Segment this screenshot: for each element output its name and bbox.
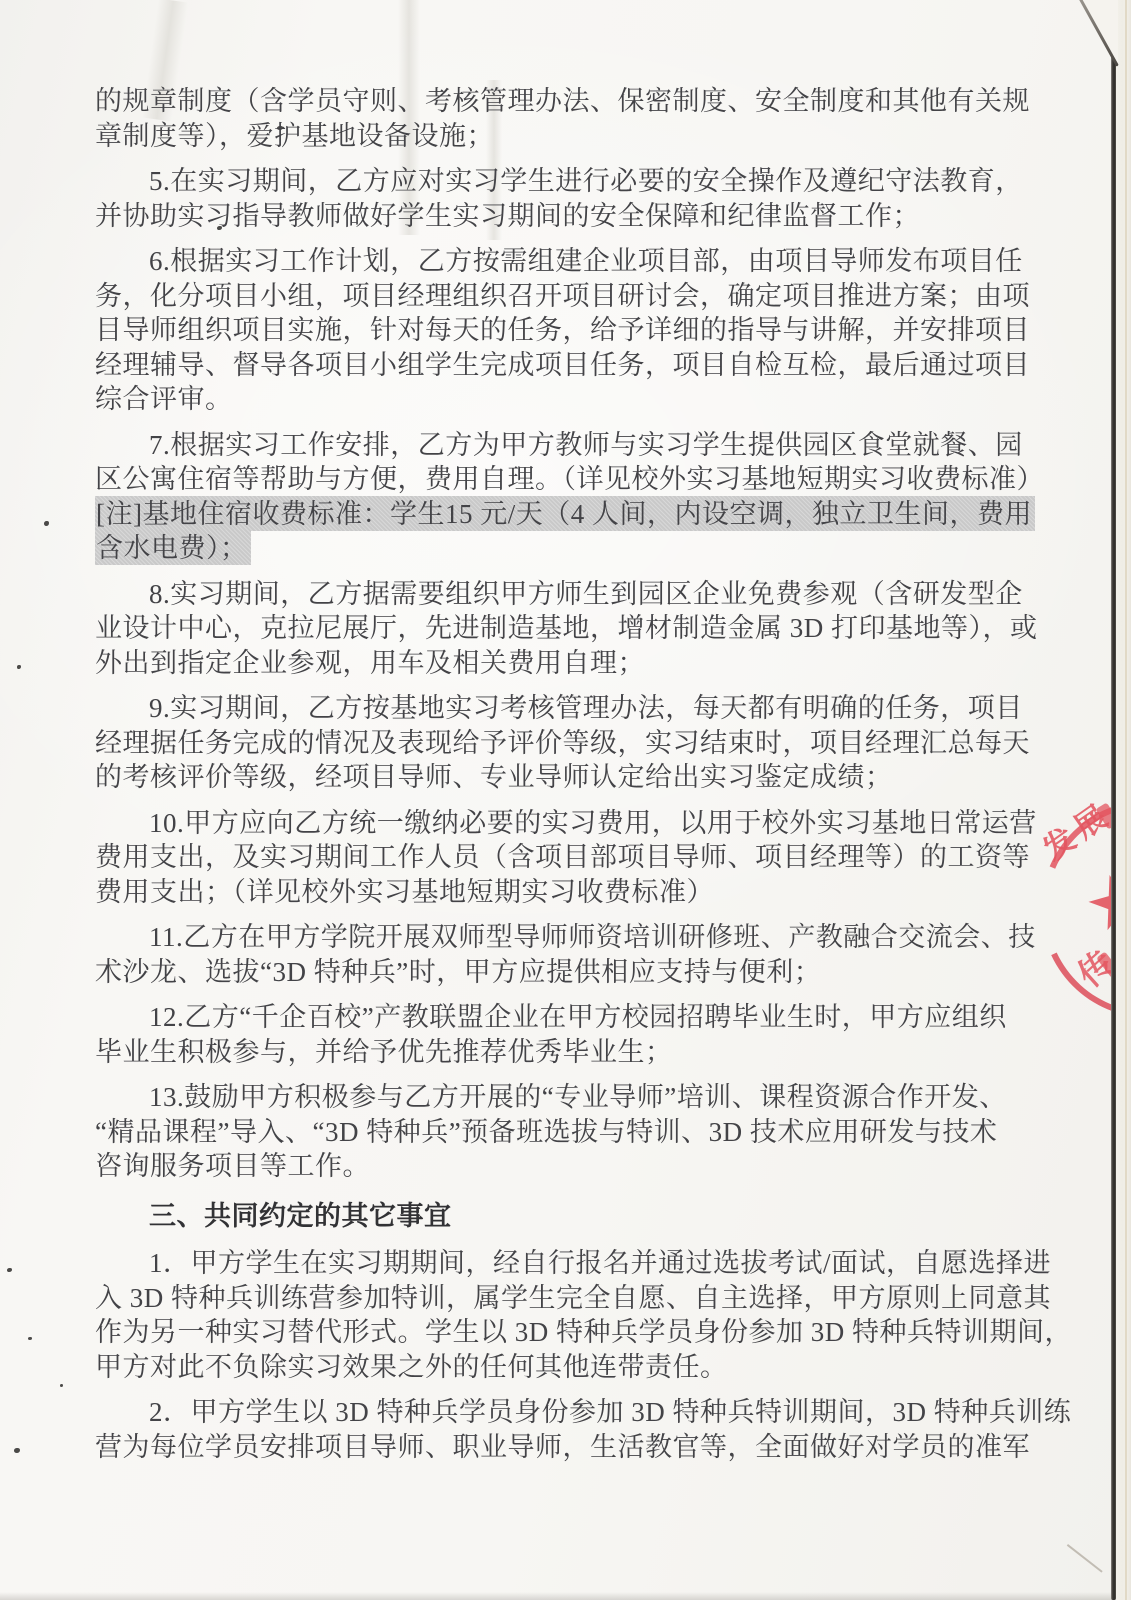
scan-speck <box>14 1448 20 1453</box>
text-line: 并协助实习指导教师做好学生实习期间的安全保障和纪律监督工作； <box>95 199 1007 234</box>
text-line: 外出到指定企业参观，用车及相关费用自理； <box>95 646 1007 681</box>
paragraph: 12.乙方“千企百校”产教联盟企业在甲方校园招聘毕业生时，甲方应组织毕业生积极参… <box>95 1000 1007 1069</box>
text-line: 术沙龙、选拔“3D 特种兵”时，甲方应提供相应支持与便利； <box>95 955 1007 990</box>
text-line: 目导师组织项目实施，针对每天的任务，给予详细的指导与讲解，并安排项目 <box>95 313 1007 348</box>
paragraph: 5.在实习期间，乙方应对实习学生进行必要的安全操作及遵纪守法教育，并协助实习指导… <box>95 164 1007 233</box>
scan-shadow <box>0 1592 1116 1600</box>
text-line: 咨询服务项目等工作。 <box>95 1149 1007 1184</box>
text-line: 营为每位学员安排项目导师、职业导师，生活教官等，全面做好对学员的准军 <box>95 1430 1007 1465</box>
scan-speck <box>7 1268 12 1272</box>
red-stamp: 发展 ★ 传 <box>1041 796 1116 1026</box>
text-line: 经理据任务完成的情况及表现给予评价等级，实习结束时，项目经理汇总每天 <box>95 726 1007 761</box>
text-line: 7.根据实习工作安排，乙方为甲方教师与实习学生提供园区食堂就餐、园 <box>95 428 1007 463</box>
section-heading: 三、共同约定的其它事宜 <box>95 1199 1007 1234</box>
text-line: 甲方对此不负除实习效果之外的任何其他连带责任。 <box>95 1350 1007 1385</box>
document-body: 的规章制度（含学员守则、考核管理办法、保密制度、安全制度和其他有关规章制度等），… <box>95 84 1007 1475</box>
sheet-edge-line <box>1111 56 1116 1600</box>
paragraph: 13.鼓励甲方积极参与乙方开展的“专业导师”培训、课程资源合作开发、“精品课程”… <box>95 1080 1007 1184</box>
text-line: [注]基地住宿收费标准：学生15 元/天（4 人间，内设空调，独立卫生间，费用 <box>95 497 1007 532</box>
text-line: 8.实习期间，乙方据需要组织甲方师生到园区企业免费参观（含研发型企 <box>95 577 1007 612</box>
text-line: 6.根据实习工作计划，乙方按需组建企业项目部，由项目导师发布项目任 <box>95 244 1007 279</box>
scan-speck <box>44 521 49 526</box>
scanned-document-page: 的规章制度（含学员守则、考核管理办法、保密制度、安全制度和其他有关规章制度等），… <box>0 0 1131 1600</box>
highlighted-text: 含水电费）； <box>95 530 251 565</box>
highlighted-text: [注]基地住宿收费标准：学生15 元/天（4 人间，内设空调，独立卫生间，费用 <box>95 496 1035 531</box>
text-line: 综合评审。 <box>95 382 1007 417</box>
text-line: 的考核评价等级，经项目导师、专业导师认定给出实习鉴定成绩； <box>95 760 1007 795</box>
paragraph: 6.根据实习工作计划，乙方按需组建企业项目部，由项目导师发布项目任务，化分项目小… <box>95 244 1007 417</box>
text-line: 12.乙方“千企百校”产教联盟企业在甲方校园招聘毕业生时，甲方应组织 <box>95 1000 1007 1035</box>
text-line: 作为另一种实习替代形式。学生以 3D 特种兵学员身份参加 3D 特种兵特训期间， <box>95 1315 1007 1350</box>
paragraph: 的规章制度（含学员守则、考核管理办法、保密制度、安全制度和其他有关规章制度等），… <box>95 84 1007 153</box>
paragraph: 1．甲方学生在实习期期间，经自行报名并通过选拔考试/面试，自愿选择进入 3D 特… <box>95 1246 1007 1384</box>
text-line: 9.实习期间，乙方按基地实习考核管理办法，每天都有明确的任务，项目 <box>95 691 1007 726</box>
text-line: 毕业生积极参与，并给予优先推荐优秀毕业生； <box>95 1035 1007 1070</box>
text-line: 10.甲方应向乙方统一缴纳必要的实习费用，以用于校外实习基地日常运营 <box>95 806 1007 841</box>
text-line: 区公寓住宿等帮助与方便，费用自理。（详见校外实习基地短期实习收费标准） <box>95 462 1007 497</box>
text-line: 务，化分项目小组，项目经理组织召开项目研讨会，确定项目推进方案；由项 <box>95 279 1007 314</box>
scan-speck <box>60 1384 63 1387</box>
paragraph: 11.乙方在甲方学院开展双师型导师师资培训研修班、产教融合交流会、技术沙龙、选拔… <box>95 920 1007 989</box>
text-line: 费用支出；（详见校外实习基地短期实习收费标准） <box>95 875 1007 910</box>
paragraph: 8.实习期间，乙方据需要组织甲方师生到园区企业免费参观（含研发型企业设计中心，克… <box>95 577 1007 681</box>
text-line: 经理辅导、督导各项目小组学生完成项目任务，项目自检互检，最后通过项目 <box>95 348 1007 383</box>
scanner-backing-strip <box>1116 0 1131 1600</box>
text-line: 2．甲方学生以 3D 特种兵学员身份参加 3D 特种兵特训期间，3D 特种兵训练 <box>95 1395 1007 1430</box>
scan-speck <box>28 1337 32 1340</box>
text-line: 三、共同约定的其它事宜 <box>95 1199 1007 1234</box>
text-line: 费用支出，及实习期间工作人员（含项目部项目导师、项目经理等）的工资等 <box>95 840 1007 875</box>
paragraph: 7.根据实习工作安排，乙方为甲方教师与实习学生提供园区食堂就餐、园区公寓住宿等帮… <box>95 428 1007 566</box>
paragraph: 2．甲方学生以 3D 特种兵学员身份参加 3D 特种兵特训期间，3D 特种兵训练… <box>95 1395 1007 1464</box>
text-line: 11.乙方在甲方学院开展双师型导师师资培训研修班、产教融合交流会、技 <box>95 920 1007 955</box>
text-line: 含水电费）； <box>95 531 1007 566</box>
paper-crease <box>1067 1544 1103 1573</box>
paper-sheet: 的规章制度（含学员守则、考核管理办法、保密制度、安全制度和其他有关规章制度等），… <box>0 0 1116 1600</box>
text-line: 章制度等），爱护基地设备设施； <box>95 119 1007 154</box>
paragraph: 9.实习期间，乙方按基地实习考核管理办法，每天都有明确的任务，项目经理据任务完成… <box>95 691 1007 795</box>
backing-strip-line <box>1125 0 1127 1600</box>
paragraph: 10.甲方应向乙方统一缴纳必要的实习费用，以用于校外实习基地日常运营费用支出，及… <box>95 806 1007 910</box>
text-line: 业设计中心，克拉尼展厅，先进制造基地，增材制造金属 3D 打印基地等），或 <box>95 611 1007 646</box>
text-line: 的规章制度（含学员守则、考核管理办法、保密制度、安全制度和其他有关规 <box>95 84 1007 119</box>
text-line: “精品课程”导入、“3D 特种兵”预备班选拔与特训、3D 技术应用研发与技术 <box>95 1115 1007 1150</box>
text-line: 入 3D 特种兵训练营参加特训，属学生完全自愿、自主选择，甲方原则上同意其 <box>95 1281 1007 1316</box>
text-line: 5.在实习期间，乙方应对实习学生进行必要的安全操作及遵纪守法教育， <box>95 164 1007 199</box>
text-line: 1．甲方学生在实习期期间，经自行报名并通过选拔考试/面试，自愿选择进 <box>95 1246 1007 1281</box>
scan-speck <box>17 665 21 669</box>
text-line: 13.鼓励甲方积极参与乙方开展的“专业导师”培训、课程资源合作开发、 <box>95 1080 1007 1115</box>
